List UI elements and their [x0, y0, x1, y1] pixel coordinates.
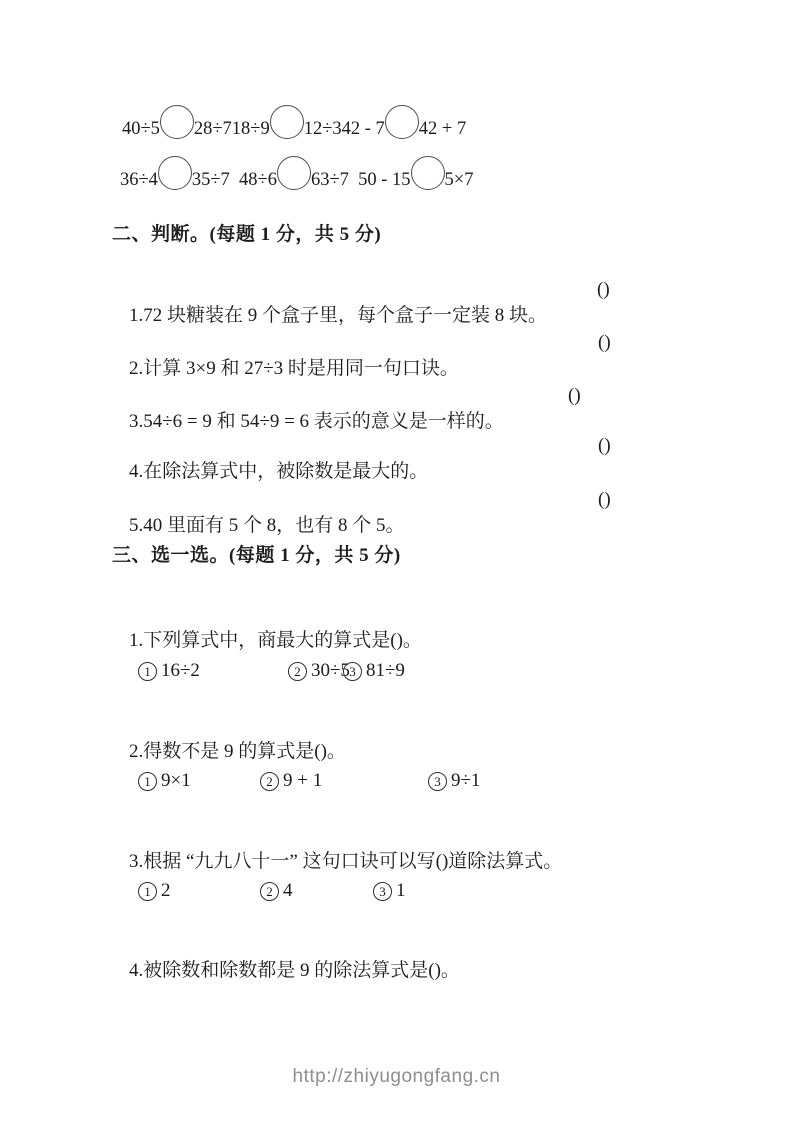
expression: 35÷7 48÷6: [192, 167, 277, 193]
option-2-3[interactable]: 3 9÷1: [428, 768, 480, 794]
comparison-circle-blank[interactable]: [277, 156, 311, 190]
answer-parentheses[interactable]: (): [597, 277, 610, 303]
options-row-1: 1 16÷2 2 30÷5 3 81÷9: [0, 658, 793, 688]
expression: 42 + 7: [419, 116, 466, 142]
circled-number-icon: 3: [373, 882, 392, 901]
answer-parentheses[interactable]: (): [598, 330, 611, 356]
judge-item-text: 5.40 里面有 5 个 8，也有 8 个 5。: [129, 515, 405, 536]
question-text: 4.被除数和除数都是 9 的除法算式是()。: [129, 960, 460, 981]
answer-parentheses[interactable]: (): [598, 487, 611, 513]
option-value: 2: [161, 878, 171, 904]
expression: 63÷7 50 - 15: [311, 167, 411, 193]
comparison-circle-blank[interactable]: [385, 105, 419, 139]
circled-number-icon: 2: [260, 882, 279, 901]
worksheet-page: 40÷5 28÷718÷9 12÷342 - 7 42 + 7 36÷4 35÷…: [0, 0, 793, 1122]
comparison-circle-blank[interactable]: [411, 156, 445, 190]
compare-row-1: 40÷5 28÷718÷9 12÷342 - 7 42 + 7: [122, 105, 466, 139]
question-text: 3.根据 “九九八十一” 这句口诀可以写()道除法算式。: [129, 851, 562, 872]
option-1-1[interactable]: 1 16÷2: [138, 658, 200, 684]
option-2-2[interactable]: 2 9 + 1: [260, 768, 322, 794]
option-value: 9÷1: [451, 768, 480, 794]
option-3-2[interactable]: 2 4: [260, 878, 293, 904]
expression: 28÷718÷9: [194, 116, 270, 142]
option-value: 81÷9: [366, 658, 405, 684]
expression: 40÷5: [122, 116, 160, 142]
circled-number-icon: 3: [428, 772, 447, 791]
option-3-1[interactable]: 1 2: [138, 878, 171, 904]
choice-question-4: 4.被除数和除数都是 9 的除法算式是()。: [110, 932, 770, 1010]
circled-number-icon: 3: [343, 662, 362, 681]
option-value: 9×1: [161, 768, 191, 794]
section-heading-choose: 三、选一选。(每题 1 分，共 5 分): [112, 543, 401, 569]
judge-item-text: 4.在除法算式中，被除数是最大的。: [129, 461, 428, 482]
option-1-2[interactable]: 2 30÷5: [288, 658, 350, 684]
options-row-3: 1 2 2 4 3 1: [0, 878, 793, 908]
answer-parentheses[interactable]: (): [598, 433, 611, 459]
footer-url: http://zhiyugongfang.cn: [0, 1064, 793, 1090]
option-2-1[interactable]: 1 9×1: [138, 768, 191, 794]
option-value: 4: [283, 878, 293, 904]
judge-item-text: 3.54÷6 = 9 和 54÷9 = 6 表示的意义是一样的。: [129, 411, 504, 432]
judge-item-text: 1.72 块糖装在 9 个盒子里，每个盒子一定装 8 块。: [129, 305, 547, 326]
option-3-3[interactable]: 3 1: [373, 878, 406, 904]
section-heading-judge: 二、判断。(每题 1 分，共 5 分): [112, 222, 381, 248]
option-value: 1: [396, 878, 406, 904]
option-value: 16÷2: [161, 658, 200, 684]
judge-item-5: 5.40 里面有 5 个 8，也有 8 个 5。 (): [110, 487, 770, 591]
expression: 36÷4: [120, 167, 158, 193]
comparison-circle-blank[interactable]: [158, 156, 192, 190]
circled-number-icon: 2: [260, 772, 279, 791]
expression: 5×7: [445, 167, 474, 193]
compare-row-2: 36÷4 35÷7 48÷6 63÷7 50 - 15 5×7: [120, 156, 473, 190]
comparison-circle-blank[interactable]: [270, 105, 304, 139]
option-1-3[interactable]: 3 81÷9: [343, 658, 405, 684]
comparison-circle-blank[interactable]: [160, 105, 194, 139]
circled-number-icon: 2: [288, 662, 307, 681]
expression: 12÷342 - 7: [304, 116, 385, 142]
circled-number-icon: 1: [138, 882, 157, 901]
circled-number-icon: 1: [138, 772, 157, 791]
option-value: 9 + 1: [283, 768, 322, 794]
circled-number-icon: 1: [138, 662, 157, 681]
judge-item-text: 2.计算 3×9 和 27÷3 时是用同一句口诀。: [129, 358, 459, 379]
question-text: 1.下列算式中，商最大的算式是()。: [129, 630, 422, 651]
answer-parentheses[interactable]: (): [568, 383, 581, 409]
options-row-2: 1 9×1 2 9 + 1 3 9÷1: [0, 768, 793, 798]
question-text: 2.得数不是 9 的算式是()。: [129, 741, 346, 762]
